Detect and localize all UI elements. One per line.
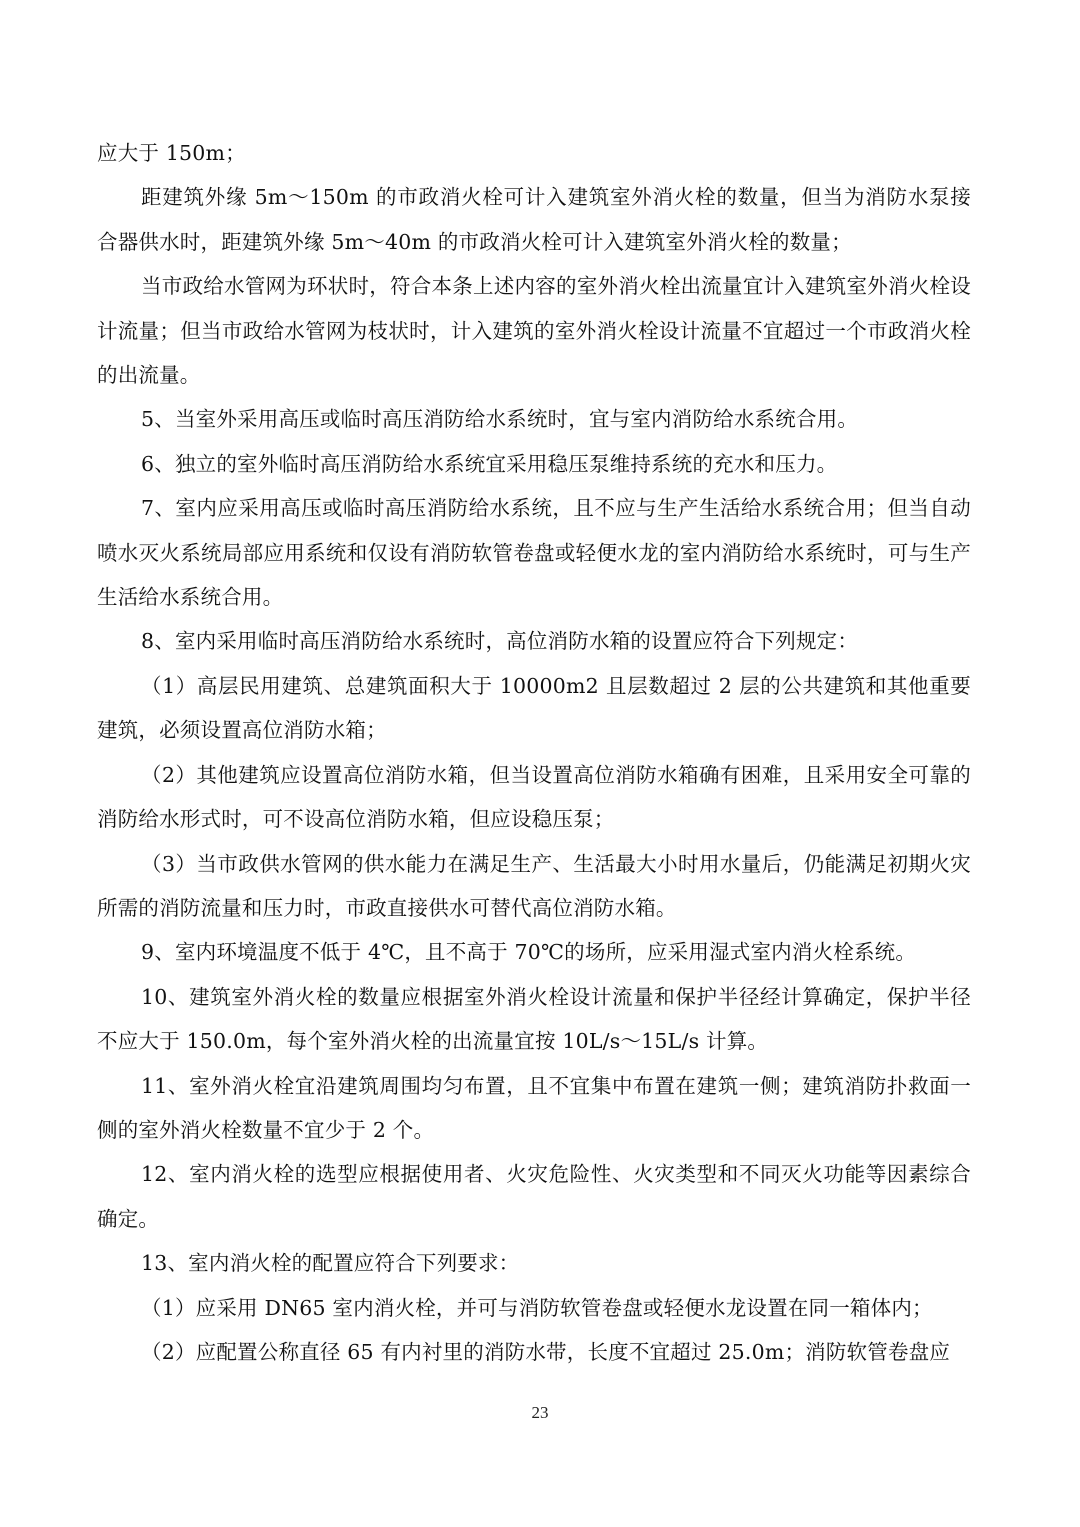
paragraph-item-12: 12、室内消火栓的选型应根据使用者、火灾危险性、火灾类型和不同灭火功能等因素综合… [97,1152,971,1241]
paragraph-municipal-hydrant-distance: 距建筑外缘 5m～150m 的市政消火栓可计入建筑室外消火栓的数量，但当为消防水… [97,175,971,264]
paragraph-item-10: 10、建筑室外消火栓的数量应根据室外消火栓设计流量和保护半径经计算确定，保护半径… [97,975,971,1064]
paragraph-item-5: 5、当室外采用高压或临时高压消防给水系统时，宜与室内消防给水系统合用。 [97,397,971,441]
paragraph-item-9: 9、室内环境温度不低于 4℃，且不高于 70℃的场所，应采用湿式室内消火栓系统。 [97,930,971,974]
paragraph-item-8-sub-3: （3）当市政供水管网的供水能力在满足生产、生活最大小时用水量后，仍能满足初期火灾… [97,842,971,931]
document-body: 应大于 150m； 距建筑外缘 5m～150m 的市政消火栓可计入建筑室外消火栓… [97,131,971,1374]
paragraph-item-13-sub-1: （1）应采用 DN65 室内消火栓，并可与消防软管卷盘或轻便水龙设置在同一箱体内… [97,1286,971,1330]
paragraph-continuation: 应大于 150m； [97,131,971,175]
paragraph-item-8-sub-2: （2）其他建筑应设置高位消防水箱，但当设置高位消防水箱确有困难，且采用安全可靠的… [97,753,971,842]
paragraph-item-6: 6、独立的室外临时高压消防给水系统宜采用稳压泵维持系统的充水和压力。 [97,442,971,486]
paragraph-ring-network-flow: 当市政给水管网为环状时，符合本条上述内容的室外消火栓出流量宜计入建筑室外消火栓设… [97,264,971,397]
paragraph-item-8-sub-1: （1）高层民用建筑、总建筑面积大于 10000m2 且层数超过 2 层的公共建筑… [97,664,971,753]
page-number: 23 [0,1403,1080,1423]
paragraph-item-13: 13、室内消火栓的配置应符合下列要求： [97,1241,971,1285]
paragraph-item-13-sub-2: （2）应配置公称直径 65 有内衬里的消防水带，长度不宜超过 25.0m；消防软… [97,1330,971,1374]
paragraph-item-8: 8、室内采用临时高压消防给水系统时，高位消防水箱的设置应符合下列规定： [97,619,971,663]
paragraph-item-11: 11、室外消火栓宜沿建筑周围均匀布置，且不宜集中布置在建筑一侧；建筑消防扑救面一… [97,1064,971,1153]
paragraph-item-7: 7、室内应采用高压或临时高压消防给水系统，且不应与生产生活给水系统合用；但当自动… [97,486,971,619]
document-page: 应大于 150m； 距建筑外缘 5m～150m 的市政消火栓可计入建筑室外消火栓… [0,0,1080,1527]
